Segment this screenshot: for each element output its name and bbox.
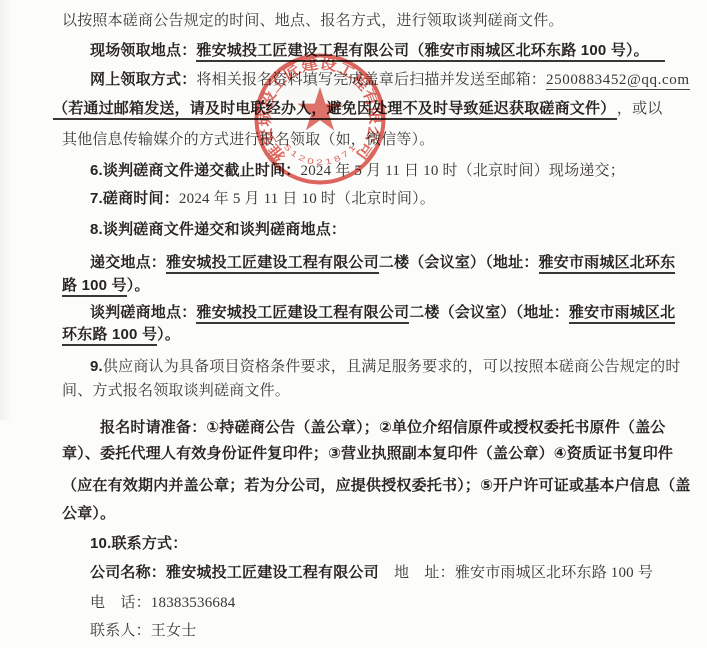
- text-segment: 9.: [90, 358, 103, 375]
- text-line: 谈判磋商地点：雅安城投工匠建设工程有限公司二楼（会议室）（地址：雅安市雨城区北: [90, 302, 675, 324]
- text-segment: 章）、委托代理人有效身份证件复印件；③营业执照副本复印件（盖公章）④资质证书复印…: [62, 445, 673, 462]
- company-name-underlined: 雅安城投工匠建设工程有限公司: [166, 254, 379, 274]
- section-heading: 8.谈判磋商文件递交和谈判磋商地点：: [90, 221, 346, 238]
- text-line: 9.供应商认为具备项目资格条件要求，且满足服务要求的，可以按照本磋商公告规定的时: [90, 356, 681, 378]
- text-segment: 报名时请准备：①持磋商公告（盖公章）；②单位介绍信原件或授权委托书原件（盖公: [100, 419, 666, 436]
- text-line: 以按照本磋商公告规定的时间、地点、报名方式，进行领取谈判磋商文件。: [62, 10, 564, 32]
- text-line: 报名时请准备：①持磋商公告（盖公章）；②单位介绍信原件或授权委托书原件（盖公: [100, 417, 666, 439]
- phone-line: 电 话：18383536684: [90, 592, 236, 614]
- text-segment: （应在有效期内并盖公章；若为分公司，应提供授权委托书）；⑤开户许可证或基本户信息…: [62, 477, 691, 494]
- text-segment: 间、方式报名领取谈判磋商文件。: [62, 383, 290, 399]
- company-address: 地 址：雅安市雨城区北环东路 100 号: [379, 565, 653, 581]
- text-segment: 二楼（会议室）（地址：: [409, 304, 569, 321]
- text-segment: 现场领取地点：: [90, 42, 196, 59]
- text-line: 路 100 号）。: [62, 275, 150, 297]
- email-address: 2500883452@qq.com: [546, 72, 690, 90]
- seal-star-icon: [297, 87, 343, 130]
- text-segment: ，或以: [617, 101, 663, 117]
- text-segment: 公章）。: [62, 505, 115, 522]
- text-line: 章）、委托代理人有效身份证件复印件；③营业执照副本复印件（盖公章）④资质证书复印…: [62, 443, 673, 465]
- official-seal: 雅安城投工匠建设工程有限公司 512021871: [252, 51, 389, 188]
- text-line: 环东路 100 号）。: [62, 324, 180, 346]
- seal-number-text: 512021871: [282, 141, 360, 167]
- text-segment: ）。: [157, 326, 180, 343]
- company-name: 雅安城投工匠建设工程有限公司: [166, 564, 379, 581]
- company-name-underlined: 雅安城投工匠建设工程有限公司: [196, 304, 409, 324]
- meeting-time-label: 7.磋商时间：: [90, 190, 179, 207]
- text-line: 8.谈判磋商文件递交和谈判磋商地点：: [90, 219, 346, 241]
- text-segment: 网上领取方式：: [90, 71, 196, 88]
- text-segment: 供应商认为具备项目资格条件要求，且满足服务要求的，可以按照本磋商公告规定的时: [103, 359, 681, 375]
- text-line: （应在有效期内并盖公章；若为分公司，应提供授权委托书）；⑤开户许可证或基本户信息…: [62, 475, 691, 497]
- svg-text:512021871: 512021871: [282, 141, 360, 167]
- text-line: 公章）。: [62, 503, 115, 525]
- meeting-time-value: 2024 年 5 月 11 日 10 时（北京时间）。: [179, 191, 435, 207]
- text-segment: 二楼（会议室）（地址：: [379, 254, 539, 271]
- address-underlined: 雅安市雨城区北环东: [539, 254, 676, 274]
- contact-section-heading: 10.联系方式：: [90, 533, 187, 555]
- company-name-label: 公司名称：: [90, 564, 166, 581]
- text-line: 间、方式报名领取谈判磋商文件。: [62, 380, 290, 402]
- text-line: 公司名称：雅安城投工匠建设工程有限公司 地 址：雅安市雨城区北环东路 100 号: [90, 562, 653, 584]
- address-underlined: 路 100 号: [62, 277, 127, 297]
- document-page: 以按照本磋商公告规定的时间、地点、报名方式，进行领取谈判磋商文件。 现场领取地点…: [0, 0, 707, 648]
- text-segment: 10.联系方式：: [90, 535, 187, 552]
- contact-person-line: 联系人：王女士: [90, 620, 196, 642]
- scan-smudge: [0, 0, 12, 420]
- text-segment: ）。: [127, 277, 150, 294]
- address-underlined: 环东路 100 号: [62, 326, 157, 346]
- contact-person: 联系人：王女士: [90, 623, 196, 639]
- text-line: 递交地点：雅安城投工匠建设工程有限公司二楼（会议室）（地址：雅安市雨城区北环东: [90, 252, 675, 274]
- text-segment: 递交地点：: [90, 254, 166, 271]
- text-segment: 谈判磋商地点：: [90, 304, 196, 321]
- text-line: 网上领取方式：将相关报名资料填写完成盖章后扫描并发送至邮箱：2500883452…: [90, 69, 690, 91]
- address-underlined: 雅安市雨城区北: [569, 304, 675, 324]
- text-line: 7.磋商时间：2024 年 5 月 11 日 10 时（北京时间）。: [90, 188, 435, 210]
- phone-number: 电 话：18383536684: [90, 595, 236, 611]
- text-segment: 以按照本磋商公告规定的时间、地点、报名方式，进行领取谈判磋商文件。: [62, 13, 564, 29]
